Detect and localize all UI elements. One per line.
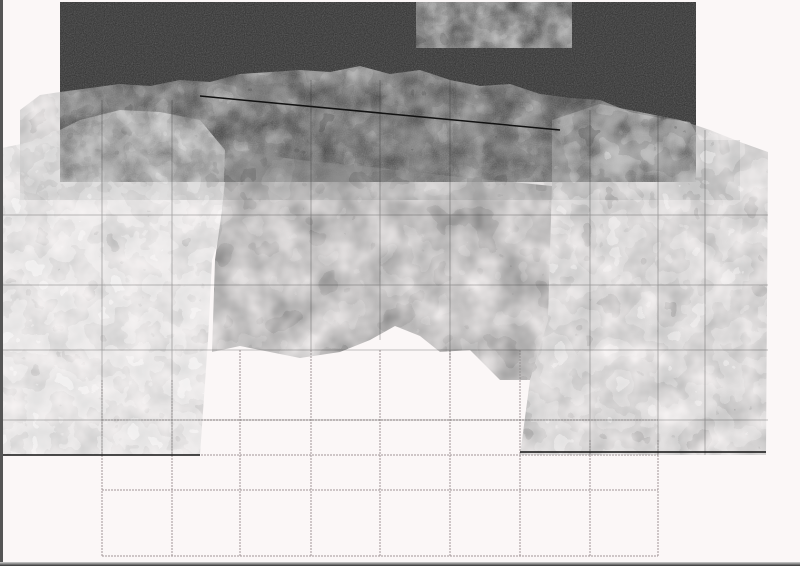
top-inset-strip: [416, 2, 572, 48]
center-dark-panel: [212, 150, 552, 380]
photo-edge-left: [0, 0, 3, 566]
right-panel: [520, 104, 768, 455]
photograph-frame: [0, 0, 800, 566]
photomosaic: [0, 0, 800, 566]
photo-edge-bottom: [0, 562, 800, 566]
left-panel: [2, 110, 225, 455]
